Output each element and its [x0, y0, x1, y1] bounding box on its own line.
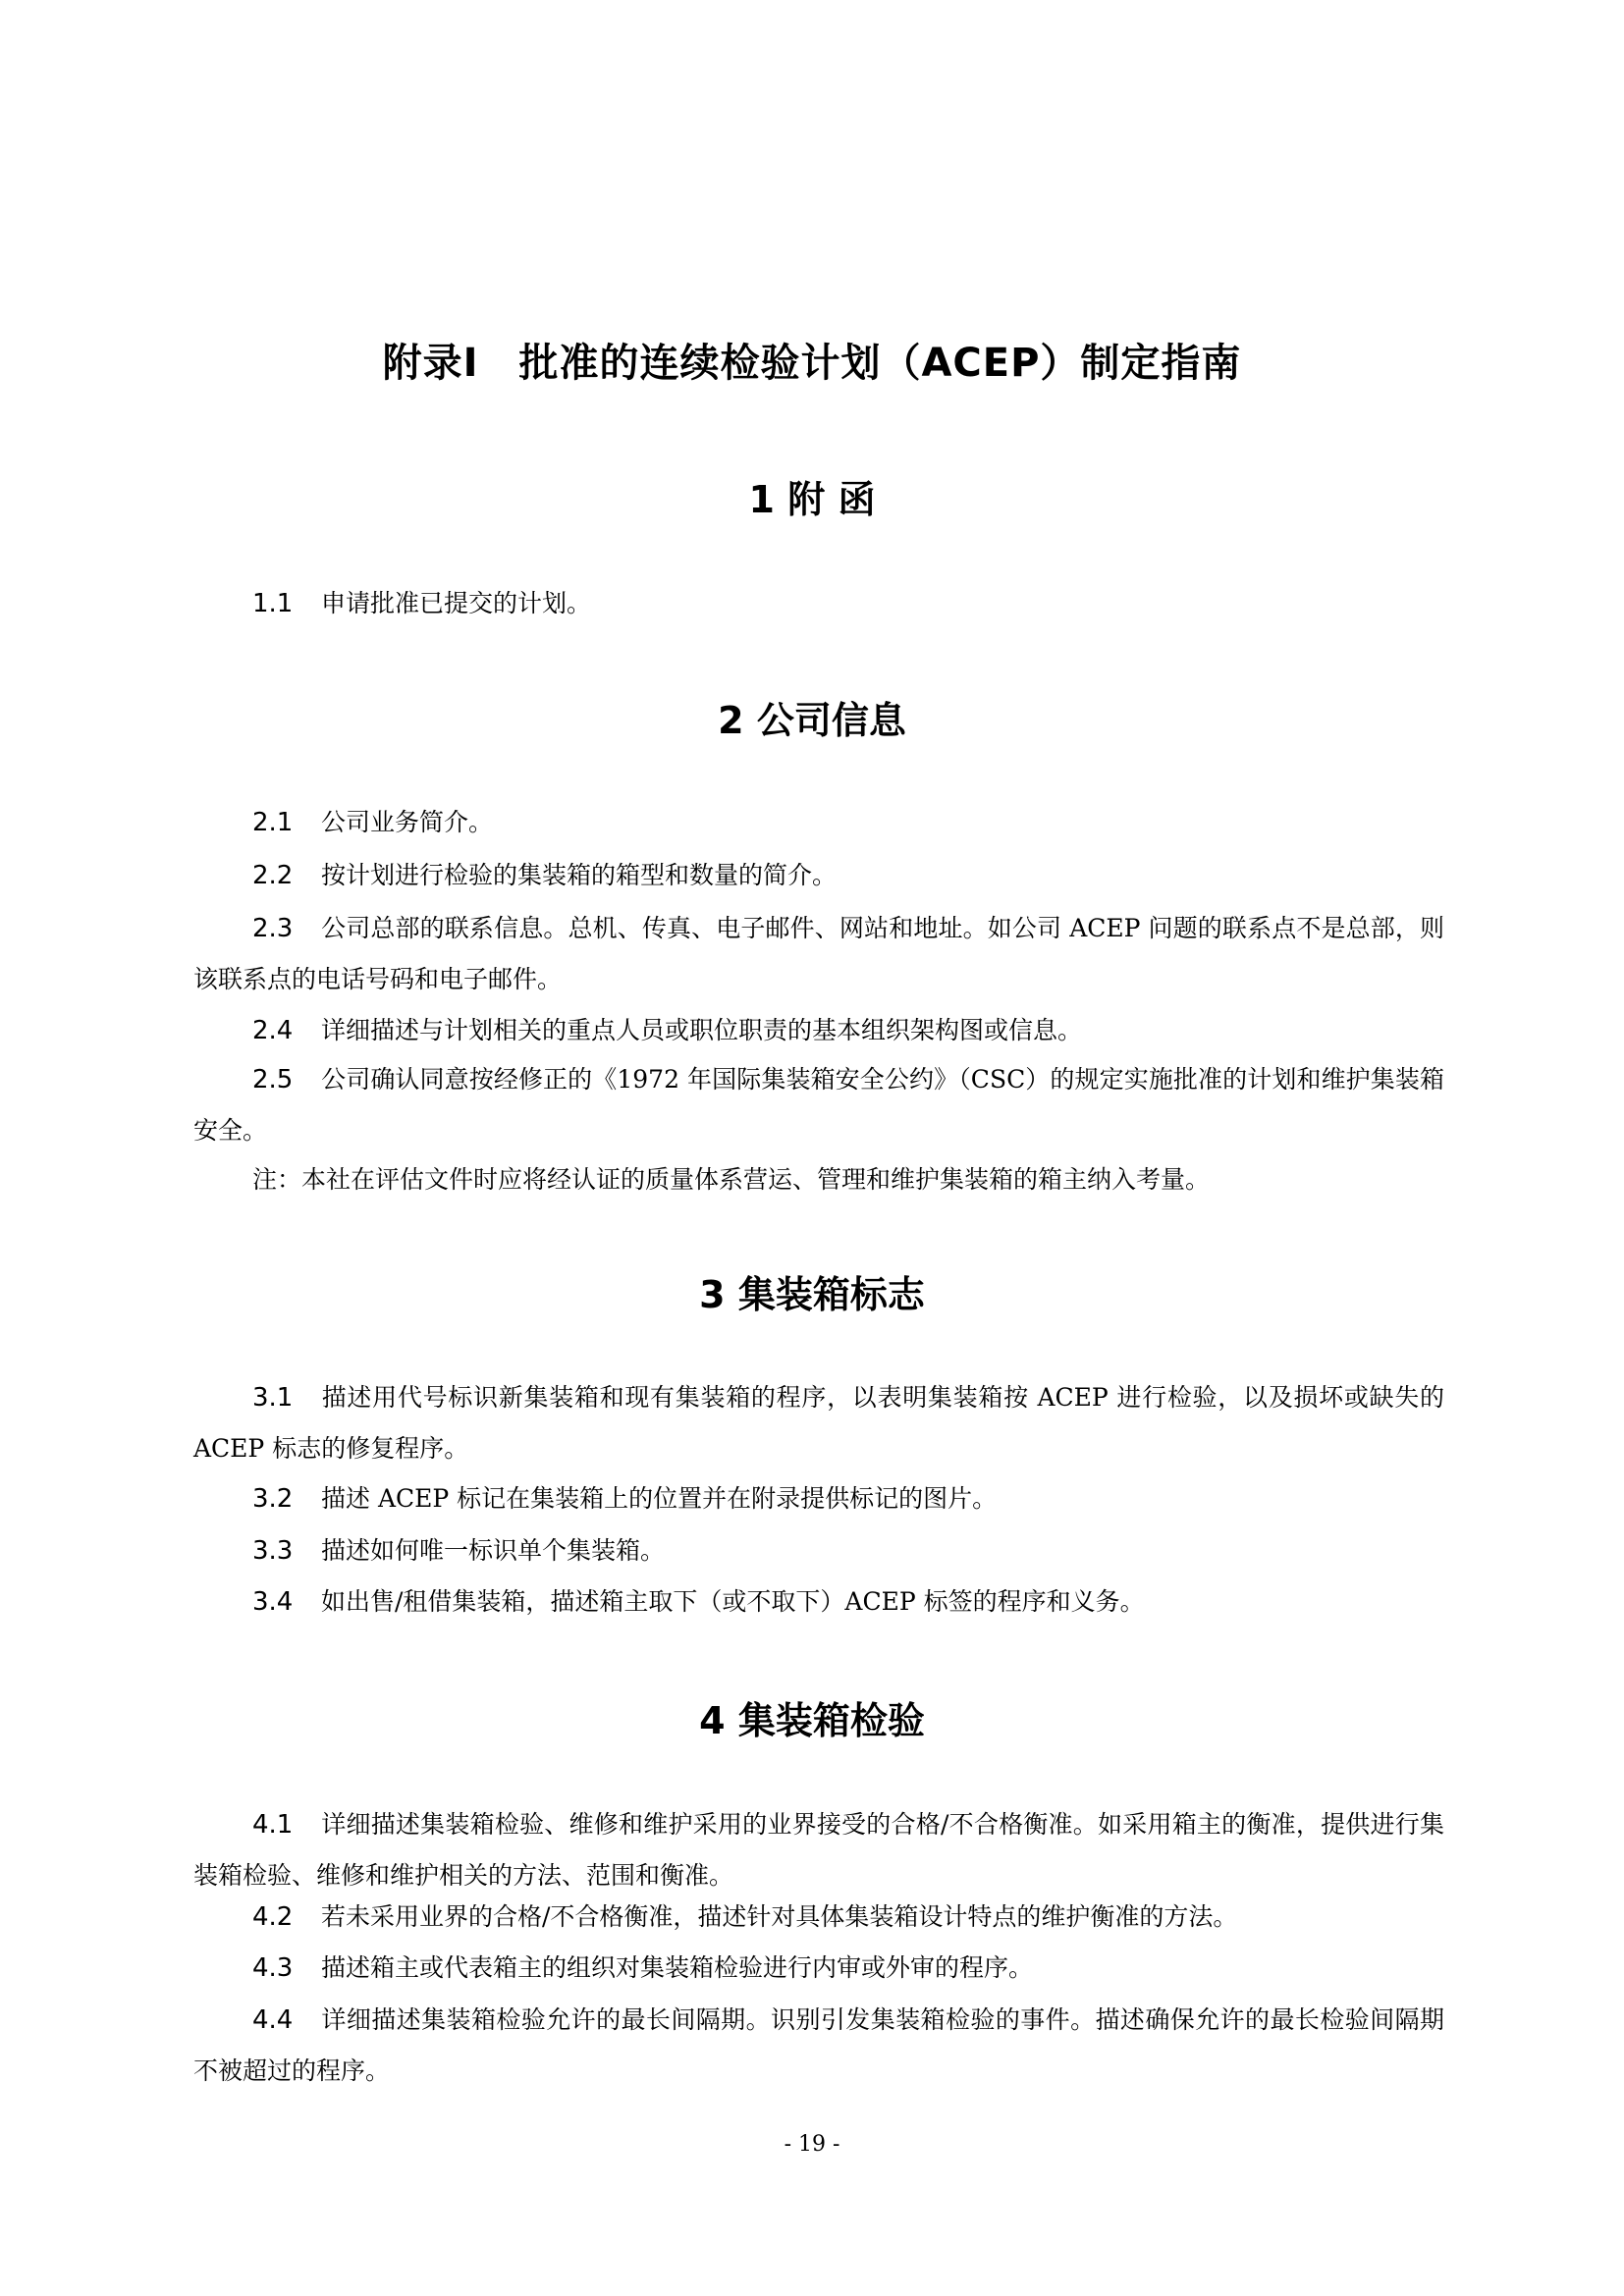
clause-number: 2.2 [252, 850, 321, 901]
clause-text: 公司业务简介。 [321, 808, 493, 836]
clause-number: 1.1 [252, 578, 321, 629]
clause-number: 2.3 [252, 903, 321, 954]
clause-text: 描述 ACEP 标记在集装箱上的位置并在附录提供标记的图片。 [321, 1484, 997, 1513]
clause-text: 描述如何唯一标识单个集装箱。 [321, 1536, 665, 1565]
clause-4-2: 4.2若未采用业界的合格/不合格衡准，描述针对具体集装箱设计特点的维护衡准的方法… [193, 1892, 1444, 1943]
clause-text: 按计划进行检验的集装箱的箱型和数量的简介。 [321, 861, 837, 889]
clause-text: 申请批准已提交的计划。 [321, 589, 591, 617]
clause-text: 描述箱主或代表箱主的组织对集装箱检验进行内审或外审的程序。 [321, 1953, 1033, 1982]
clause-4-3: 4.3描述箱主或代表箱主的组织对集装箱检验进行内审或外审的程序。 [193, 1943, 1444, 1994]
clause-text: 详细描述集装箱检验、维修和维护采用的业界接受的合格/不合格衡准。如采用箱主的衡准… [193, 1810, 1444, 1890]
section-heading-1: 1 附 函 [0, 469, 1624, 523]
clause-number: 4.2 [252, 1892, 321, 1943]
clause-number: 3.4 [252, 1576, 321, 1628]
clause-number: 2.5 [252, 1054, 321, 1105]
clause-2-1: 2.1公司业务简介。 [193, 797, 1444, 848]
clause-3-4: 3.4如出售/租借集装箱，描述箱主取下（或不取下）ACEP 标签的程序和义务。 [193, 1576, 1444, 1628]
clause-text: 公司总部的联系信息。总机、传真、电子邮件、网站和地址。如公司 ACEP 问题的联… [193, 914, 1444, 993]
clause-2-3: 2.3公司总部的联系信息。总机、传真、电子邮件、网站和地址。如公司 ACEP 问… [193, 903, 1444, 1005]
clause-text: 详细描述集装箱检验允许的最长间隔期。识别引发集装箱检验的事件。描述确保允许的最长… [193, 2005, 1444, 2085]
clause-number: 4.1 [252, 1799, 321, 1850]
page-number: - 19 - [0, 2132, 1624, 2157]
clause-number: 3.1 [252, 1372, 321, 1423]
section-heading-3: 3 集装箱标志 [0, 1264, 1624, 1318]
clause-text: 如出售/租借集装箱，描述箱主取下（或不取下）ACEP 标签的程序和义务。 [321, 1587, 1145, 1616]
clause-2-5: 2.5公司确认同意按经修正的《1972 年国际集装箱安全公约》（CSC）的规定实… [193, 1054, 1444, 1156]
clause-number: 4.4 [252, 1995, 321, 2046]
section-2-note: 注：本社在评估文件时应将经认证的质量体系营运、管理和维护集装箱的箱主纳入考量。 [193, 1154, 1503, 1205]
clause-3-1: 3.1描述用代号标识新集装箱和现有集装箱的程序，以表明集装箱按 ACEP 进行检… [193, 1372, 1444, 1474]
clause-number: 2.4 [252, 1005, 321, 1056]
clause-3-2: 3.2描述 ACEP 标记在集装箱上的位置并在附录提供标记的图片。 [193, 1473, 1444, 1524]
clause-2-2: 2.2按计划进行检验的集装箱的箱型和数量的简介。 [193, 850, 1444, 901]
clause-text: 公司确认同意按经修正的《1972 年国际集装箱安全公约》（CSC）的规定实施批准… [193, 1065, 1444, 1145]
clause-text: 详细描述与计划相关的重点人员或职位职责的基本组织架构图或信息。 [321, 1016, 1082, 1044]
clause-text: 若未采用业界的合格/不合格衡准，描述针对具体集装箱设计特点的维护衡准的方法。 [321, 1902, 1237, 1931]
clause-text: 描述用代号标识新集装箱和现有集装箱的程序，以表明集装箱按 ACEP 进行检验，以… [193, 1383, 1444, 1463]
clause-4-1: 4.1详细描述集装箱检验、维修和维护采用的业界接受的合格/不合格衡准。如采用箱主… [193, 1799, 1444, 1901]
clause-2-4: 2.4详细描述与计划相关的重点人员或职位职责的基本组织架构图或信息。 [193, 1005, 1444, 1056]
clause-number: 4.3 [252, 1943, 321, 1994]
section-heading-2: 2 公司信息 [0, 690, 1624, 744]
document-page: 附录Ⅰ 批准的连续检验计划（ACEP）制定指南 1 附 函 1.1申请批准已提交… [0, 0, 1624, 2296]
clause-4-4: 4.4详细描述集装箱检验允许的最长间隔期。识别引发集装箱检验的事件。描述确保允许… [193, 1995, 1444, 2097]
clause-number: 3.2 [252, 1473, 321, 1524]
clause-number: 2.1 [252, 797, 321, 848]
clause-1-1: 1.1申请批准已提交的计划。 [193, 578, 1444, 629]
clause-3-3: 3.3描述如何唯一标识单个集装箱。 [193, 1525, 1444, 1576]
section-heading-4: 4 集装箱检验 [0, 1690, 1624, 1744]
clause-number: 3.3 [252, 1525, 321, 1576]
appendix-title: 附录Ⅰ 批准的连续检验计划（ACEP）制定指南 [0, 332, 1624, 388]
